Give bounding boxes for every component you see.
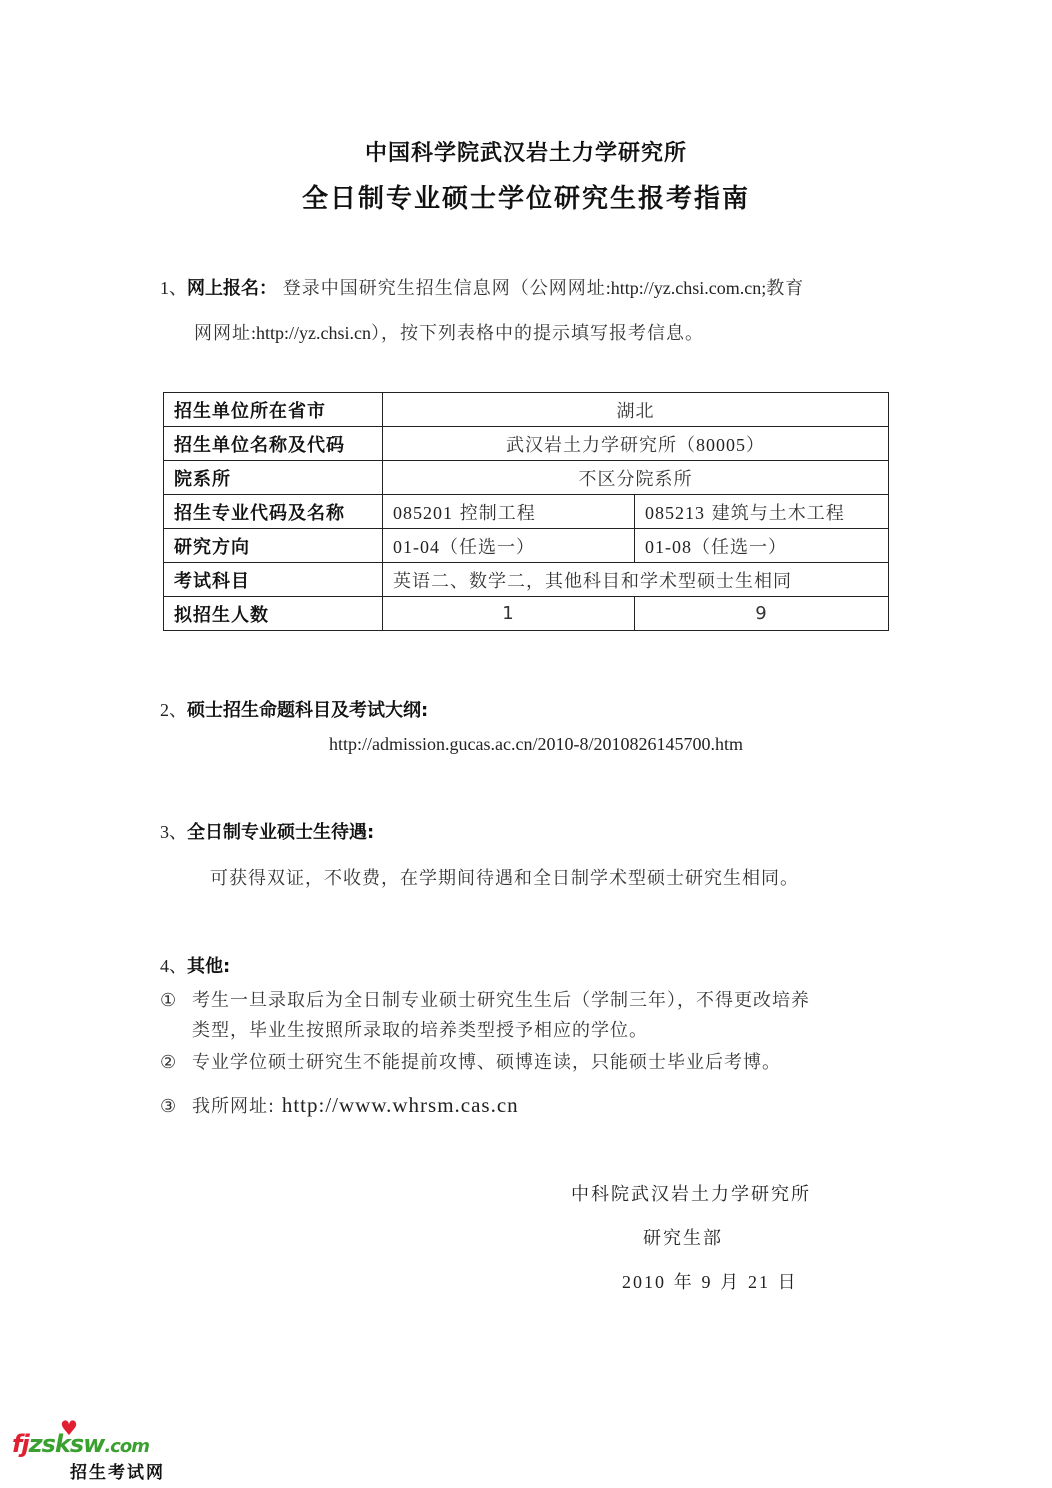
section-1-number: 1、: [160, 278, 187, 298]
circled-3-marker: ③: [160, 1092, 192, 1122]
table-label: 考试科目: [164, 563, 383, 597]
table-label: 研究方向: [164, 529, 383, 563]
table-cell: 01-04（任选一）: [383, 529, 635, 563]
list-item: ②专业学位硕士研究生不能提前攻博、硕博连读，只能硕士毕业后考博。: [160, 1048, 900, 1078]
section-2-number: 2、: [160, 700, 187, 720]
table-row: 招生专业代码及名称 085201 控制工程 085213 建筑与土木工程: [164, 495, 889, 529]
section-4-number: 4、: [160, 956, 187, 976]
section-3-text: 可获得双证，不收费，在学期间待遇和全日制学术型硕士研究生相同。: [210, 864, 799, 890]
signature-dept: 研究生部: [643, 1224, 723, 1250]
table-cell: 085201 控制工程: [383, 495, 635, 529]
section-1-line2: 网网址:http://yz.chsi.cn），按下列表格中的提示填写报考信息。: [160, 311, 900, 356]
section-2-heading: 硕士招生命题科目及考试大纲:: [187, 700, 428, 721]
table-row: 考试科目 英语二、数学二，其他科目和学术型硕士生相同: [164, 563, 889, 597]
watermark-domain: fjzsksw.com: [12, 1430, 149, 1458]
table-label: 院系所: [164, 461, 383, 495]
document-title-institute: 中国科学院武汉岩土力学研究所: [0, 136, 1052, 167]
site-watermark-logo: ♥ fjzsksw.com 招生考试网: [12, 1418, 192, 1478]
table-cell: 085213 建筑与土木工程: [635, 495, 889, 529]
institute-url-link[interactable]: http://www.whrsm.cas.cn: [282, 1093, 519, 1117]
public-url-link[interactable]: :http://yz.chsi.com.cn;: [606, 278, 766, 298]
table-value: 湖北: [383, 393, 889, 427]
section-3: 3、全日制专业硕士生待遇:: [160, 810, 900, 855]
table-cell: 01-08（任选一）: [635, 529, 889, 563]
table-label: 拟招生人数: [164, 597, 383, 631]
syllabus-url-link[interactable]: http://admission.gucas.ac.cn/2010-8/2010…: [329, 734, 743, 755]
table-label: 招生专业代码及名称: [164, 495, 383, 529]
section-2: 2、硕士招生命题科目及考试大纲:: [160, 688, 900, 733]
section-3-number: 3、: [160, 822, 187, 842]
table-value: 英语二、数学二，其他科目和学术型硕士生相同: [383, 563, 889, 597]
table-label: 招生单位名称及代码: [164, 427, 383, 461]
table-row: 院系所 不区分院系所: [164, 461, 889, 495]
signature-org: 中科院武汉岩土力学研究所: [571, 1180, 811, 1206]
section-3-heading: 全日制专业硕士生待遇:: [187, 822, 374, 843]
table-value: 武汉岩土力学研究所（80005）: [383, 427, 889, 461]
table-value: 不区分院系所: [383, 461, 889, 495]
signature-date: 2010 年 9 月 21 日: [622, 1268, 798, 1294]
watermark-subtitle: 招生考试网: [70, 1458, 165, 1483]
section-4: 4、其他:: [160, 944, 900, 989]
section-1-line1: 1、网上报名： 登录中国研究生招生信息网（公网网址:http://yz.chsi…: [160, 266, 900, 311]
application-info-table: 招生单位所在省市 湖北 招生单位名称及代码 武汉岩土力学研究所（80005） 院…: [163, 392, 889, 631]
document-title-guide: 全日制专业硕士学位研究生报考指南: [0, 178, 1052, 215]
section-4-heading: 其他:: [187, 956, 230, 977]
table-row: 研究方向 01-04（任选一） 01-08（任选一）: [164, 529, 889, 563]
section-1-heading: 网上报名: [187, 278, 259, 299]
list-item: ①考生一旦录取后为全日制专业硕士研究生生后（学制三年），不得更改培养 类型，毕业…: [160, 986, 900, 1046]
table-row: 拟招生人数 1 9: [164, 597, 889, 631]
list-item: ③我所网址: http://www.whrsm.cas.cn: [160, 1090, 900, 1122]
table-row: 招生单位所在省市 湖北: [164, 393, 889, 427]
edu-url-link[interactable]: :http://yz.chsi.cn: [251, 323, 371, 343]
table-row: 招生单位名称及代码 武汉岩土力学研究所（80005）: [164, 427, 889, 461]
circled-1-marker: ①: [160, 986, 192, 1016]
circled-2-marker: ②: [160, 1048, 192, 1078]
table-cell: 9: [635, 597, 889, 631]
table-label: 招生单位所在省市: [164, 393, 383, 427]
section-1: 1、网上报名： 登录中国研究生招生信息网（公网网址:http://yz.chsi…: [160, 266, 900, 356]
table-cell: 1: [383, 597, 635, 631]
